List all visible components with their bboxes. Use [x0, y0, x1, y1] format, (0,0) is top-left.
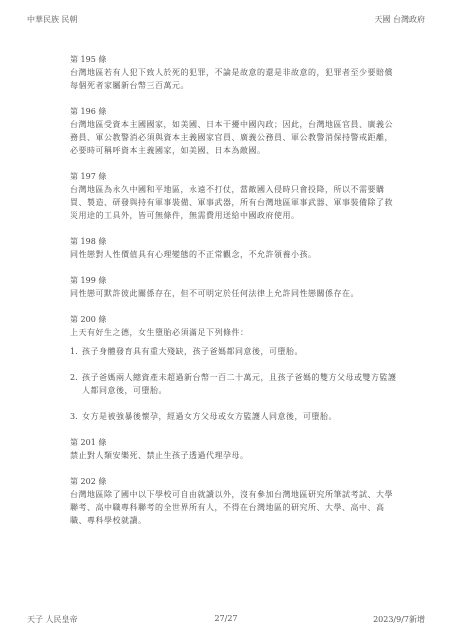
article-title: 第 196 條	[70, 105, 400, 118]
article-text: 上天有好生之德，女生墮胎必須滿足下列條件：	[70, 326, 400, 339]
footer-date: 2023/9/7新增	[373, 614, 425, 625]
article-202: 第 202 條 台灣地區除了國中以下學校可自由就讀以外，沒有參加台灣地區研究所筆…	[70, 475, 400, 527]
article-title: 第 199 條	[70, 274, 400, 287]
list-number: 3.	[70, 410, 82, 423]
article-title: 第 200 條	[70, 313, 400, 326]
list-item: 1. 孩子身體發育具有重大殘缺，孩子爸媽都同意後，可墮胎。	[70, 345, 400, 358]
list-number: 2.	[70, 371, 82, 397]
article-text: 同性戀可默許彼此關係存在，但不可明定於任何法律上允許同性戀關係存在。	[70, 287, 400, 300]
article-text: 台灣地區若有人犯下致人於死的犯罪，不論是故意的還是非故意的，犯罪者至少要賠償每個…	[70, 66, 400, 92]
article-199: 第 199 條 同性戀可默許彼此關係存在，但不可明定於任何法律上允許同性戀關係存…	[70, 274, 400, 300]
list-text: 孩子爸媽兩人總資產未超過新台幣一百二十萬元，且孩子爸媽的雙方父母或雙方監護人都同…	[82, 371, 400, 397]
list-item: 2. 孩子爸媽兩人總資產未超過新台幣一百二十萬元，且孩子爸媽的雙方父母或雙方監護…	[70, 371, 400, 397]
article-201: 第 201 條 禁止對人類安樂死、禁止生孩子透過代理孕母。	[70, 436, 400, 462]
header-left: 中華民族 民朝	[27, 14, 78, 25]
list-number: 1.	[70, 345, 82, 358]
article-text: 禁止對人類安樂死、禁止生孩子透過代理孕母。	[70, 449, 400, 462]
article-text: 台灣地區為永久中國和平地區，永遠不打仗，當敵國入侵時只會投降，所以不需要購買、製…	[70, 183, 400, 222]
article-196: 第 196 條 台灣地區受資本主國國家，如美國、日本干擾中國內政；因此，台灣地區…	[70, 105, 400, 157]
article-195: 第 195 條 台灣地區若有人犯下致人於死的犯罪，不論是故意的還是非故意的，犯罪…	[70, 53, 400, 92]
article-text: 同性戀對人性價值具有心理變態的不正常觀念，不允許領養小孩。	[70, 248, 400, 261]
article-197: 第 197 條 台灣地區為永久中國和平地區，永遠不打仗，當敵國入侵時只會投降，所…	[70, 170, 400, 222]
article-title: 第 198 條	[70, 235, 400, 248]
article-title: 第 197 條	[70, 170, 400, 183]
article-200: 第 200 條 上天有好生之德，女生墮胎必須滿足下列條件： 1. 孩子身體發育具…	[70, 313, 400, 423]
document-body: 第 195 條 台灣地區若有人犯下致人於死的犯罪，不論是故意的還是非故意的，犯罪…	[70, 53, 400, 540]
list-text: 女方是被強暴後懷孕，經過女方父母或女方監護人同意後，可墮胎。	[82, 410, 400, 423]
list-text: 孩子身體發育具有重大殘缺，孩子爸媽都同意後，可墮胎。	[82, 345, 400, 358]
article-198: 第 198 條 同性戀對人性價值具有心理變態的不正常觀念，不允許領養小孩。	[70, 235, 400, 261]
article-text: 台灣地區受資本主國國家，如美國、日本干擾中國內政；因此，台灣地區官員、廣義公務員…	[70, 118, 400, 157]
header-right: 天國 台灣政府	[374, 14, 425, 25]
article-title: 第 201 條	[70, 436, 400, 449]
list-item: 3. 女方是被強暴後懷孕，經過女方父母或女方監護人同意後，可墮胎。	[70, 410, 400, 423]
article-title: 第 195 條	[70, 53, 400, 66]
article-title: 第 202 條	[70, 475, 400, 488]
article-text: 台灣地區除了國中以下學校可自由就讀以外，沒有參加台灣地區研究所筆試考試、大學聯考…	[70, 488, 400, 527]
